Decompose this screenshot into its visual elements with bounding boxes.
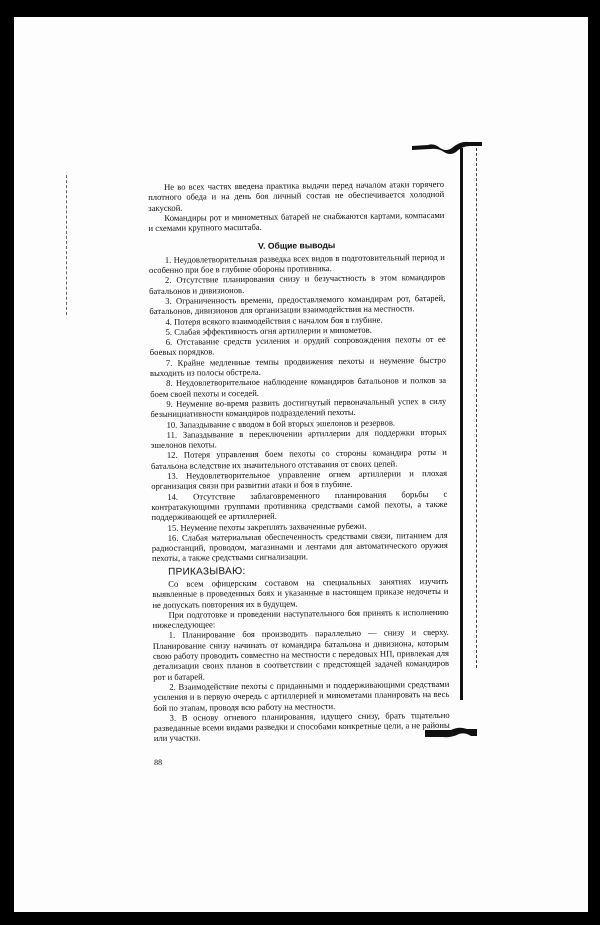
binding-bar bbox=[460, 148, 463, 700]
binding-dashed-line bbox=[476, 148, 477, 668]
section-title: V. Общие выводы bbox=[149, 239, 445, 252]
conclusion-item: 14. Отсутствие заблаговременного планиро… bbox=[151, 488, 447, 522]
paragraph: Командиры рот и минометных батарей не сн… bbox=[148, 210, 444, 234]
page-text: Не во всех частях введена практика выдач… bbox=[148, 179, 450, 768]
order-paragraph: 1. Планирование боя производить параллел… bbox=[153, 627, 450, 682]
order-paragraph: 3. В основу огневого планирования, идуще… bbox=[154, 710, 450, 744]
paragraph: Не во всех частях введена практика выдач… bbox=[148, 179, 444, 213]
order-paragraph: Со всем офицерским составом на специальн… bbox=[152, 576, 448, 610]
scan-margin-mark bbox=[66, 175, 67, 315]
conclusion-item: 3. Ограниченность времени, предоставляем… bbox=[149, 293, 445, 317]
binding-clip-top-icon bbox=[412, 140, 484, 160]
conclusion-item: 16. Слабая материальная обеспеченность с… bbox=[152, 530, 448, 564]
order-paragraph: 2. Взаимодействие пехоты с приданными и … bbox=[153, 679, 449, 713]
